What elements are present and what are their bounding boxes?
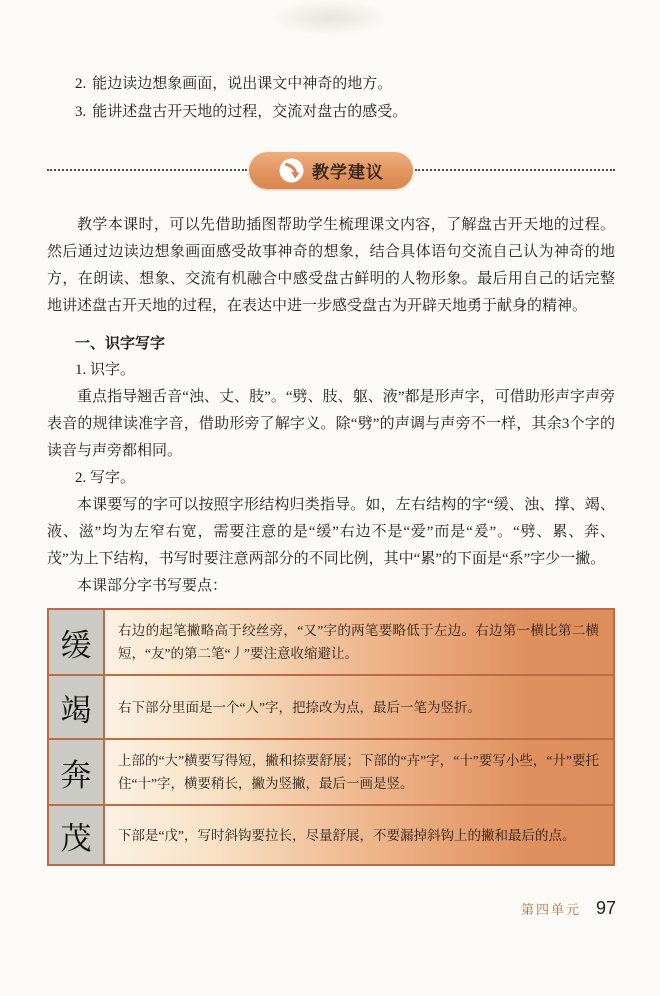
writing-tip: 右下部分里面是一个“人”字，把捺改为点，最后一笔为竖折。 bbox=[105, 676, 613, 738]
section-badge-label: 教学建议 bbox=[312, 158, 384, 183]
section-badge-row: 教学建议 bbox=[47, 150, 615, 190]
dotted-rule-left bbox=[47, 169, 247, 171]
subsection-2-paragraph: 本课要写的字可以按照字形结构归类指导。如，左右结构的字“缓、浊、撑、竭、液、滋”… bbox=[47, 492, 615, 573]
writing-tip: 右边的起笔撇略高于绞丝旁，“又”字的两笔要略低于左边。右边第一横比第二横短，“友… bbox=[105, 610, 613, 674]
goal-text: 能边读边想象画面，说出课文中神奇的地方。 bbox=[92, 76, 392, 92]
table-row: 茂 下部是“戊”，写时斜钩要拉长，尽量舒展，不要漏掉斜钩上的撇和最后的点。 bbox=[49, 804, 613, 864]
goal-item-2: 2.能边读边想象画面，说出课文中神奇的地方。 bbox=[47, 70, 615, 98]
subsection-1-paragraph: 重点指导翘舌音“浊、丈、肢”。“劈、肢、躯、液”都是形声字，可借助形声字声旁表音… bbox=[47, 384, 615, 465]
dotted-rule-right bbox=[415, 169, 615, 171]
table-row: 竭 右下部分里面是一个“人”字，把捺改为点，最后一笔为竖折。 bbox=[49, 674, 613, 738]
goal-number: 3. bbox=[75, 104, 86, 120]
goal-number: 2. bbox=[75, 76, 86, 92]
writing-tip-text: 下部是“戊”，写时斜钩要拉长，尽量舒展，不要漏掉斜钩上的撇和最后的点。 bbox=[118, 824, 575, 847]
arrow-down-circle-icon bbox=[278, 157, 305, 184]
subsection-2-title: 2. 写字。 bbox=[47, 465, 615, 492]
unit-label: 第四单元 bbox=[521, 899, 581, 918]
writing-tip: 上部的“大”横要写得短，撇和捺要舒展；下部的“卉”字，“十”要写小些，“廾”要托… bbox=[105, 740, 613, 804]
character-cell: 缓 bbox=[49, 610, 105, 674]
table-row: 缓 右边的起笔撇略高于绞丝旁，“又”字的两笔要略低于左边。右边第一横比第二横短，… bbox=[49, 610, 613, 674]
subsection-1-title: 1. 识字。 bbox=[47, 357, 615, 384]
page-number: 97 bbox=[596, 898, 616, 919]
scan-smudge bbox=[270, 0, 390, 36]
page-content: 2.能边读边想象画面，说出课文中神奇的地方。 3.能讲述盘古开天地的过程，交流对… bbox=[47, 70, 615, 866]
writing-tip-text: 上部的“大”横要写得短，撇和捺要舒展；下部的“卉”字，“十”要写小些，“廾”要托… bbox=[118, 749, 599, 795]
goal-item-3: 3.能讲述盘古开天地的过程，交流对盘古的感受。 bbox=[47, 98, 615, 126]
character-cell: 茂 bbox=[49, 806, 105, 864]
writing-tip-text: 右下部分里面是一个“人”字，把捺改为点，最后一笔为竖折。 bbox=[118, 696, 481, 719]
writing-tip-text: 右边的起笔撇略高于绞丝旁，“又”字的两笔要略低于左边。右边第一横比第二横短，“友… bbox=[118, 619, 599, 665]
teaching-suggestions-badge: 教学建议 bbox=[249, 152, 413, 189]
character-cell: 奔 bbox=[49, 740, 105, 804]
writing-key-points-table: 缓 右边的起笔撇略高于绞丝旁，“又”字的两笔要略低于左边。右边第一横比第二横短，… bbox=[47, 608, 615, 866]
teaching-overview-paragraph: 教学本课时，可以先借助插图帮助学生梳理课文内容，了解盘古开天地的过程。然后通过边… bbox=[47, 212, 615, 320]
page-footer: 第四单元 97 bbox=[521, 898, 616, 919]
goal-text: 能讲述盘古开天地的过程，交流对盘古的感受。 bbox=[92, 104, 407, 120]
section-heading: 一、识字写字 bbox=[47, 330, 615, 357]
table-row: 奔 上部的“大”横要写得短，撇和捺要舒展；下部的“卉”字，“十”要写小些，“廾”… bbox=[49, 738, 613, 804]
character-cell: 竭 bbox=[49, 676, 105, 738]
writing-tip: 下部是“戊”，写时斜钩要拉长，尽量舒展，不要漏掉斜钩上的撇和最后的点。 bbox=[105, 806, 613, 864]
writing-table-intro: 本课部分字书写要点： bbox=[47, 573, 615, 600]
